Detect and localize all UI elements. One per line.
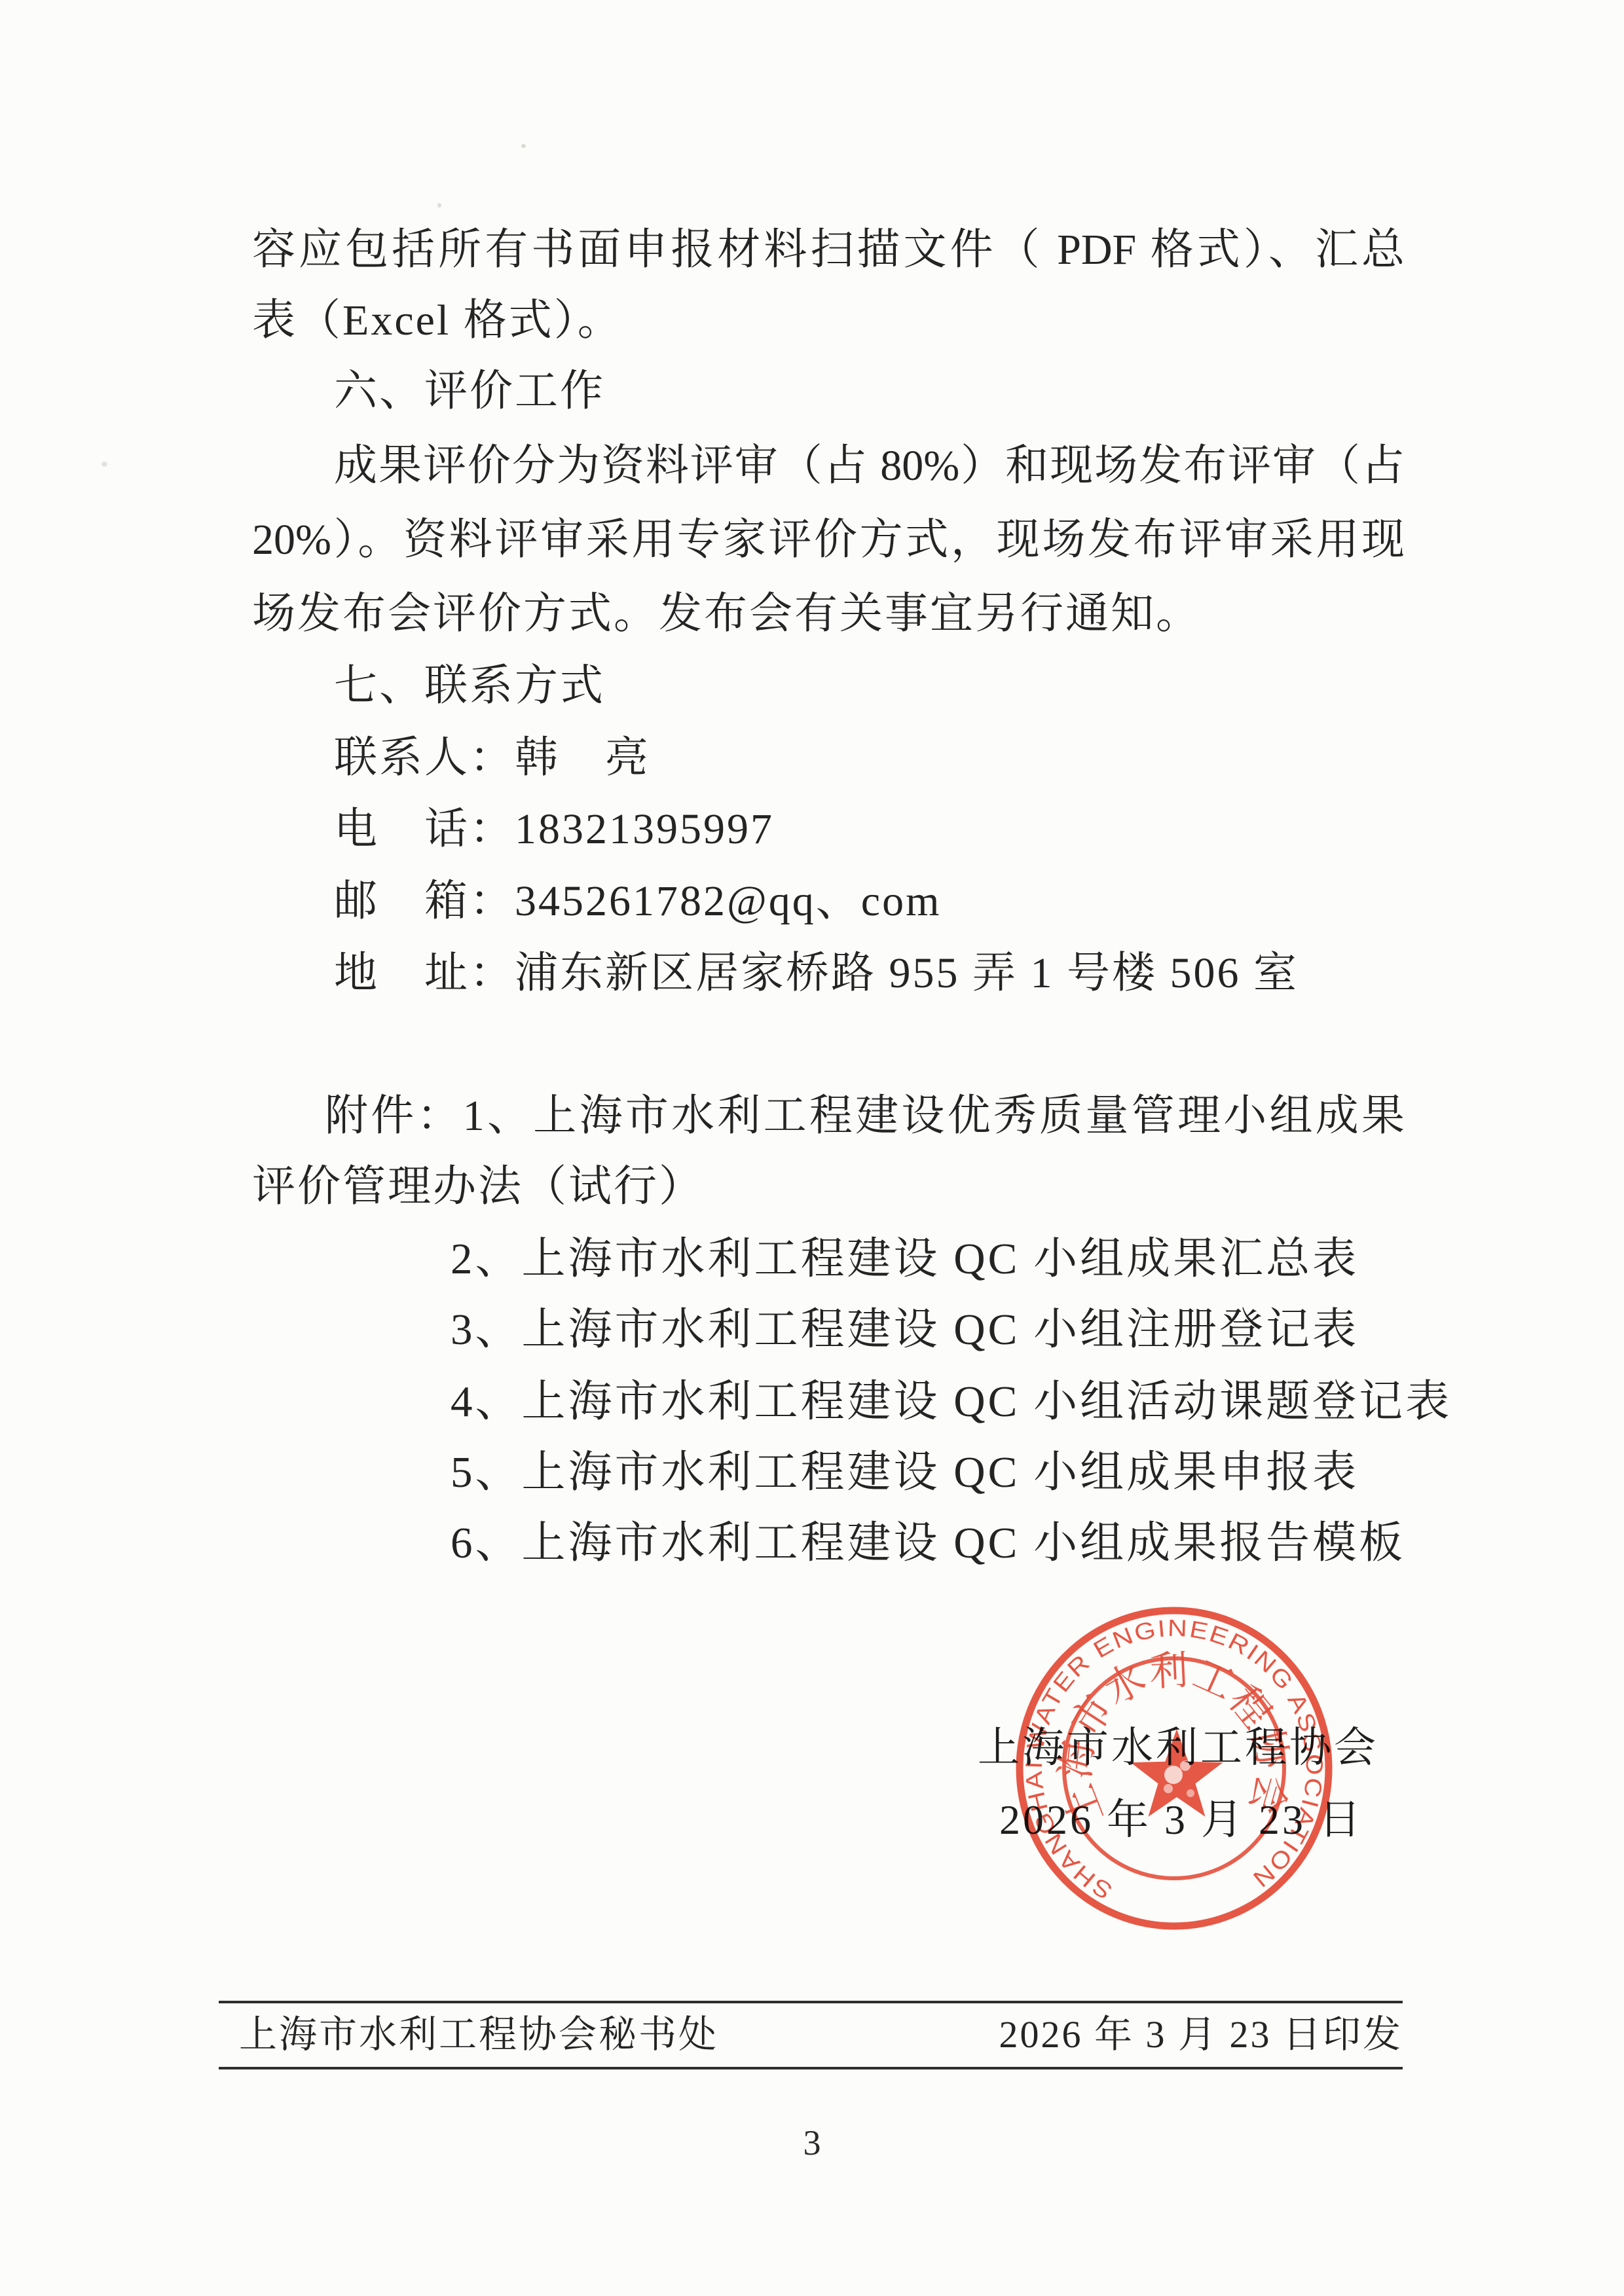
page-number: 3	[0, 2123, 1624, 2163]
attachment-item-6: 6、上海市水利工程建设 QC 小组成果报告模板	[451, 1507, 1405, 1579]
section-7-heading: 七、联系方式	[334, 650, 605, 722]
attachment-item-5: 5、上海市水利工程建设 QC 小组成果申报表	[451, 1436, 1359, 1508]
footer-rule-top	[219, 2001, 1403, 2003]
contact-person-line: 联系人：韩 亮	[334, 722, 650, 794]
contact-email-line: 邮 箱：345261782@qq、com	[334, 866, 941, 938]
paragraph-upload-line2: 表（Excel 格式）。	[252, 285, 623, 357]
attachment-item-3: 3、上海市水利工程建设 QC 小组注册登记表	[451, 1294, 1359, 1366]
paragraph-upload-line1: 容应包括所有书面申报材料扫描文件（ PDF 格式）、汇总	[252, 214, 1405, 286]
signature-date: 2026 年 3 月 23 日	[999, 1784, 1363, 1856]
contact-phone-line: 电 话：18321395997	[334, 793, 774, 866]
signature-organization: 上海市水利工程协会	[978, 1712, 1378, 1784]
attachment-item-4: 4、上海市水利工程建设 QC 小组活动课题登记表	[451, 1366, 1452, 1438]
scan-speck	[521, 144, 526, 148]
footer-rule-bottom	[219, 2067, 1403, 2069]
paragraph-evaluation-line3: 场发布会评价方式。发布会有关事宜另行通知。	[252, 578, 1201, 650]
section-6-heading: 六、评价工作	[334, 355, 605, 428]
attachment-1-line1: 附件：1、上海市水利工程建设优秀质量管理小组成果	[252, 1080, 1405, 1152]
scan-speck	[437, 203, 441, 208]
paragraph-evaluation-line2: 20%）。资料评审采用专家评价方式，现场发布评审采用现	[252, 504, 1405, 576]
paragraph-evaluation-line1: 成果评价分为资料评审（占 80%）和现场发布评审（占	[252, 430, 1405, 502]
page-canvas: 容应包括所有书面申报材料扫描文件（ PDF 格式）、汇总 表（Excel 格式）…	[0, 0, 1624, 2296]
footer-print-date: 2026 年 3 月 23 日印发	[999, 2015, 1403, 2054]
scan-speck	[101, 462, 107, 467]
contact-address-line: 地 址：浦东新区居家桥路 955 弄 1 号楼 506 室	[334, 938, 1299, 1010]
attachment-1-line2: 评价管理办法（试行）	[252, 1151, 704, 1223]
attachment-item-2: 2、上海市水利工程建设 QC 小组成果汇总表	[451, 1223, 1359, 1295]
scanned-notice-page: { "main": { "p1l1": "容应包括所有书面申报材料扫描文件（ P…	[0, 0, 1624, 2296]
footer-issuer: 上海市水利工程协会秘书处	[239, 2015, 718, 2054]
